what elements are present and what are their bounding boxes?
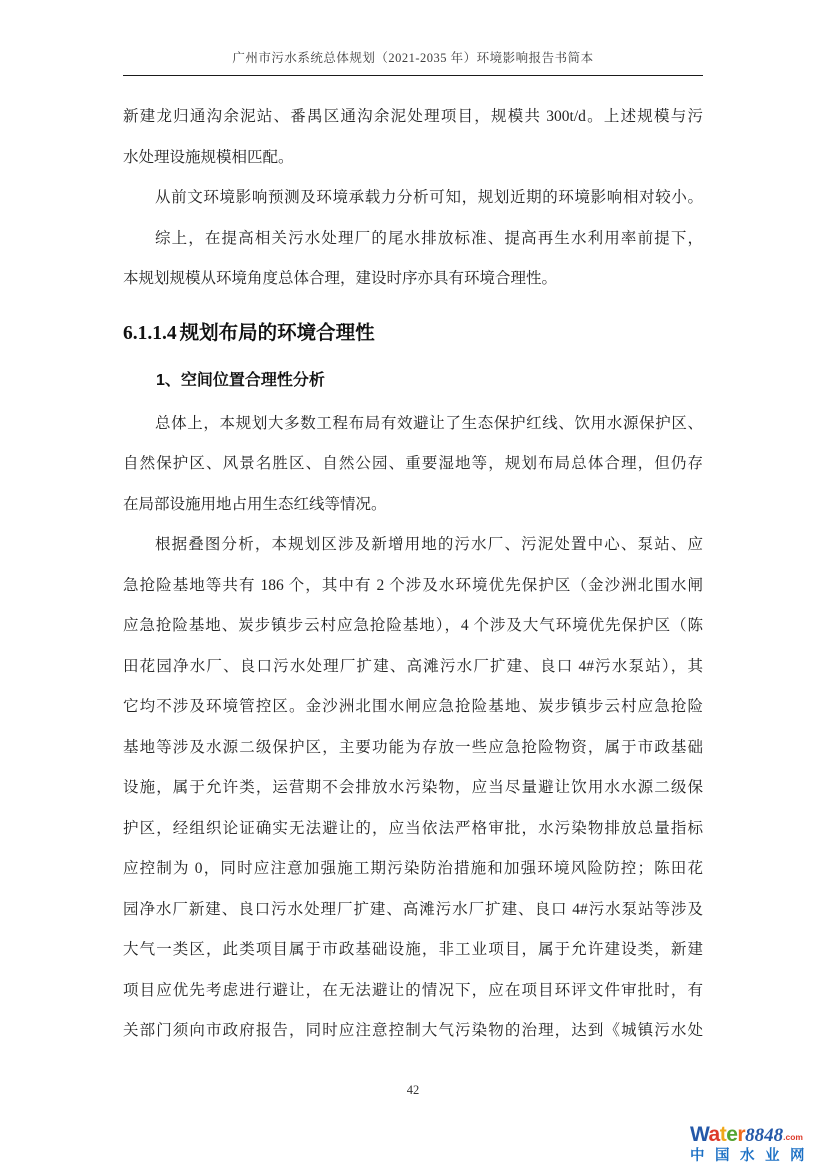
section-title-text: 规划布局的环境合理性: [180, 322, 375, 344]
text-line: 从前文环境影响预测及环境承载力分析可知，规划近期的环境影响相对较小。: [123, 178, 703, 219]
text-line: 新建龙归通沟余泥站、番禺区通沟余泥处理项目，规模共 300t/d。上述规模与污: [123, 97, 703, 138]
text-line: 应急抢险基地、炭步镇步云村应急抢险基地），4 个涉及大气环境优先保护区（陈: [123, 606, 703, 647]
text-line: 护区，经组织论证确实无法避让的，应当依法严格审批，水污染物排放总量指标: [123, 809, 703, 850]
text-line: 基地等涉及水源二级保护区，主要功能为存放一些应急抢险物资，属于市政基础: [123, 728, 703, 769]
text-line: 设施，属于允许类，运营期不会排放水污染物，应当尽量避让饮用水水源二级保: [123, 768, 703, 809]
text-line: 综上，在提高相关污水处理厂的尾水排放标准、提高再生水利用率前提下，: [123, 219, 703, 260]
logo-letter: r: [737, 1123, 745, 1146]
logo-water-text: Water: [690, 1123, 745, 1146]
text-line: 田花园净水厂、良口污水处理厂扩建、高滩污水厂扩建、良口 4#污水泵站），其: [123, 647, 703, 688]
text-line: 它均不涉及环境管控区。金沙洲北围水闸应急抢险基地、炭步镇步云村应急抢险: [123, 687, 703, 728]
text-line: 水处理设施规模相匹配。: [123, 138, 703, 179]
logo-letter: e: [726, 1123, 737, 1146]
text-line: 关部门须向市政府报告，同时应注意控制大气污染物的治理，达到《城镇污水处: [123, 1011, 703, 1052]
text-line: 本规划规模从环境角度总体合理，建设时序亦具有环境合理性。: [123, 259, 703, 300]
page-header: 广州市污水系统总体规划（2021-2035 年）环境影响报告书简本: [123, 48, 703, 76]
watermark-logo: Water8848.com 中国水业网: [690, 1124, 810, 1164]
text-line: 自然保护区、风景名胜区、自然公园、重要湿地等，规划布局总体合理，但仍存: [123, 444, 703, 485]
text-line: 根据叠图分析，本规划区涉及新增用地的污水厂、污泥处置中心、泵站、应: [123, 525, 703, 566]
logo-letter: W: [690, 1123, 709, 1146]
logo-letter: a: [709, 1123, 720, 1146]
logo-wordmark: Water8848.com: [690, 1124, 810, 1145]
section-heading: 6.1.1.4规划布局的环境合理性: [123, 308, 703, 358]
header-title: 广州市污水系统总体规划（2021-2035 年）环境影响报告书简本: [232, 51, 593, 65]
document-page: 广州市污水系统总体规划（2021-2035 年）环境影响报告书简本 新建龙归通沟…: [0, 0, 826, 1169]
text-line: 总体上，本规划大多数工程布局有效避让了生态保护红线、饮用水源保护区、: [123, 404, 703, 445]
text-line: 园净水厂新建、良口污水处理厂扩建、高滩污水厂扩建、良口 4#污水泵站等涉及: [123, 890, 703, 931]
document-body: 新建龙归通沟余泥站、番禺区通沟余泥处理项目，规模共 300t/d。上述规模与污水…: [123, 97, 703, 1052]
logo-chinese-name: 中国水业网: [690, 1149, 810, 1164]
text-line: 急抢险基地等共有 186 个，其中有 2 个涉及水环境优先保护区（金沙洲北围水闸: [123, 566, 703, 607]
section-number: 6.1.1.4: [123, 323, 177, 344]
page-number: 42: [0, 1083, 826, 1098]
subsection-heading: 1、空间位置合理性分析: [123, 358, 703, 404]
text-line: 应控制为 0，同时应注意加强施工期污染防治措施和加强环境风险防控；陈田花: [123, 849, 703, 890]
logo-tld: .com: [783, 1132, 803, 1142]
text-line: 在局部设施用地占用生态红线等情况。: [123, 485, 703, 526]
logo-number: 8848: [745, 1125, 783, 1146]
text-line: 大气一类区，此类项目属于市政基础设施，非工业项目，属于允许建设类，新建: [123, 930, 703, 971]
text-line: 项目应优先考虑进行避让，在无法避让的情况下，应在项目环评文件审批时，有: [123, 971, 703, 1012]
